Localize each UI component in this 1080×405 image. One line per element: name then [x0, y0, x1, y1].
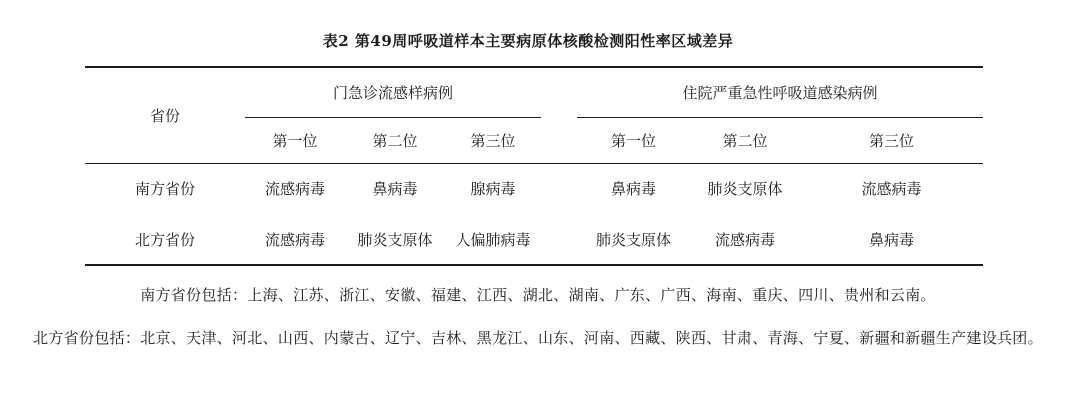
header-group-row: 省份 门急诊流感样病例 住院严重急性呼吸道感染病例 — [85, 67, 983, 117]
cell-southern-outpatient-rank3: 腺病毒 — [445, 163, 541, 214]
table-row-northern: 北方省份 流感病毒 肺炎支原体 人偏肺病毒 肺炎支原体 流感病毒 鼻病毒 — [85, 214, 983, 265]
pathogen-positivity-table: 省份 门急诊流感样病例 住院严重急性呼吸道感染病例 第一位 第二位 第三位 第一… — [85, 66, 983, 266]
column-header-inpatient-rank3: 第三位 — [800, 117, 983, 163]
cell-northern-outpatient-rank1: 流感病毒 — [245, 214, 345, 265]
column-header-inpatient-rank1: 第一位 — [577, 117, 690, 163]
group-gap-spacer — [541, 67, 577, 163]
cell-southern-outpatient-rank1: 流感病毒 — [245, 163, 345, 214]
cell-northern-inpatient-rank3: 鼻病毒 — [800, 214, 983, 265]
group-header-hospitalized-sari: 住院严重急性呼吸道感染病例 — [577, 67, 983, 117]
footnote-northern-provinces: 北方省份包括：北京、天津、河北、山西、内蒙古、辽宁、吉林、黑龙江、山东、河南、西… — [0, 327, 1076, 348]
row-label-southern-provinces: 南方省份 — [85, 163, 245, 214]
footnote-southern-provinces: 南方省份包括：上海、江苏、浙江、安徽、福建、江西、湖北、湖南、广东、广西、海南、… — [0, 284, 1076, 305]
column-header-inpatient-rank2: 第二位 — [690, 117, 800, 163]
table-row-southern: 南方省份 流感病毒 鼻病毒 腺病毒 鼻病毒 肺炎支原体 流感病毒 — [85, 163, 983, 214]
cell-northern-outpatient-rank2: 肺炎支原体 — [345, 214, 445, 265]
column-header-outpatient-rank1: 第一位 — [245, 117, 345, 163]
group-header-outpatient-ili: 门急诊流感样病例 — [245, 67, 541, 117]
gap-spacer — [541, 163, 577, 214]
row-label-northern-provinces: 北方省份 — [85, 214, 245, 265]
table-title: 表2 第49周呼吸道样本主要病原体核酸检测阳性率区域差异 — [0, 30, 1056, 51]
cell-southern-outpatient-rank2: 鼻病毒 — [345, 163, 445, 214]
cell-northern-inpatient-rank2: 流感病毒 — [690, 214, 800, 265]
cell-northern-inpatient-rank1: 肺炎支原体 — [577, 214, 690, 265]
column-header-province: 省份 — [85, 67, 245, 163]
gap-spacer — [541, 214, 577, 265]
column-header-outpatient-rank3: 第三位 — [445, 117, 541, 163]
pathogen-table-wrapper: 省份 门急诊流感样病例 住院严重急性呼吸道感染病例 第一位 第二位 第三位 第一… — [85, 66, 983, 266]
column-header-outpatient-rank2: 第二位 — [345, 117, 445, 163]
cell-southern-inpatient-rank1: 鼻病毒 — [577, 163, 690, 214]
cell-northern-outpatient-rank3: 人偏肺病毒 — [445, 214, 541, 265]
cell-southern-inpatient-rank3: 流感病毒 — [800, 163, 983, 214]
cell-southern-inpatient-rank2: 肺炎支原体 — [690, 163, 800, 214]
